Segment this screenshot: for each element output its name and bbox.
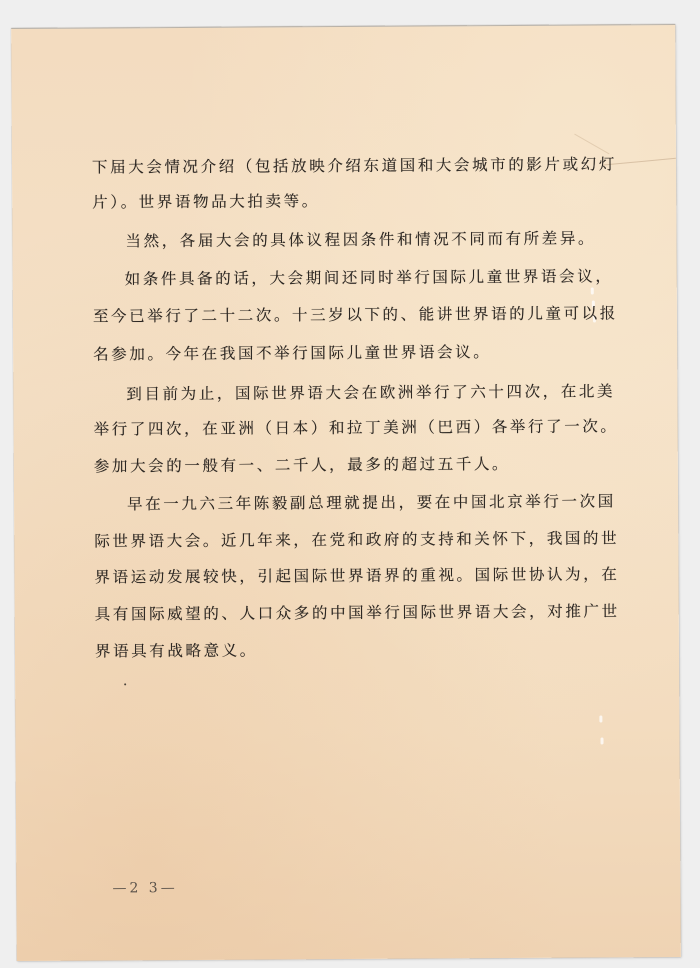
document-page: 下届大会情况介绍（包括放映介绍东道国和大会城市的影片或幻灯 片）。世界语物品大拍… — [11, 24, 681, 961]
page-number: —2 3— — [112, 880, 177, 896]
body-text: 下届大会情况介绍（包括放映介绍东道国和大会城市的影片或幻灯 片）。世界语物品大拍… — [11, 25, 681, 961]
text-line: 下届大会情况介绍（包括放映介绍东道国和大会城市的影片或幻灯 — [92, 152, 617, 177]
text-line: 至今已举行了二十二次。十三岁以下的、能讲世界语的儿童可以报 — [93, 301, 618, 326]
text-line: 界语具有战略意义。 — [95, 639, 258, 662]
text-line: 当然，各届大会的具体议程因条件和情况不同而有所差异。 — [125, 226, 596, 251]
text-line: 片）。世界语物品大拍卖等。 — [92, 189, 320, 212]
text-line: 名参加。今年在我国不举行国际儿童世界语会议。 — [93, 340, 491, 364]
text-line: 早在一九六三年陈毅副总理就提出，要在中国北京举行一次国 — [127, 489, 616, 514]
text-line: 到目前为止，国际世界语大会在欧洲举行了六十四次，在北美 — [126, 379, 615, 404]
text-line: 具有国际威望的、人口众多的中国举行国际世界语大会，对推广世 — [95, 599, 620, 624]
text-line: 界语运动发展较快，引起国际世界语界的重视。国际世协认为，在 — [94, 562, 619, 587]
text-line: 参加大会的一般有一、二千人，最多的超过五千人。 — [94, 452, 510, 477]
text-line: 举行了四次，在亚洲（日本）和拉丁美洲（巴西）各举行了一次。 — [94, 414, 619, 439]
text-line: 际世界语大会。近几年来，在党和政府的支持和关怀下，我国的世 — [94, 526, 619, 551]
text-line: 如条件具备的话，大会期间还同时举行国际儿童世界语会议， — [125, 264, 614, 289]
